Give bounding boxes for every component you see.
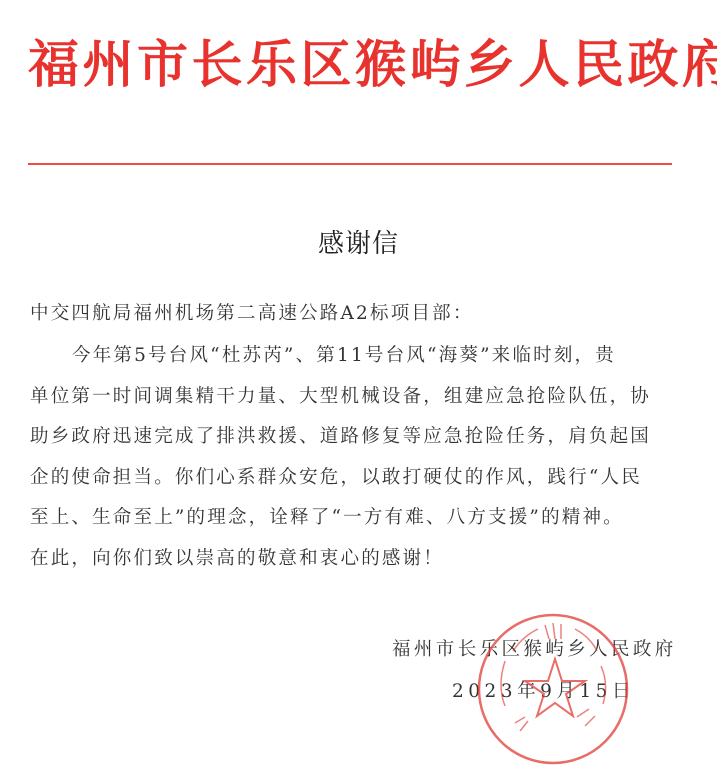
body-line: 至上、生命至上”的理念，诠释了“一方有难、八方支援”的精神。 — [30, 498, 680, 539]
letter-title: 感谢信 — [0, 226, 717, 262]
signature-date: 2023年9月15日 — [452, 678, 635, 706]
signature-org: 福州市长乐区猴屿乡人民政府 — [392, 636, 692, 664]
body-line: 在此，向你们致以崇高的敬意和衷心的感谢！ — [30, 539, 680, 580]
body-line: 今年第5号台风“杜苏芮”、第11号台风“海葵”来临时刻，贵 — [30, 336, 680, 377]
letter-body: 今年第5号台风“杜苏芮”、第11号台风“海葵”来临时刻，贵 单位第一时间调集精干… — [30, 336, 680, 579]
letterhead-divider — [28, 163, 672, 165]
letterhead-title: 福州市长乐区猴屿乡人民政府 — [28, 34, 693, 96]
body-line: 企的使命担当。你们心系群众安危，以敢打硬仗的作风，践行“人民 — [30, 458, 680, 499]
body-line: 助乡政府迅速完成了排洪救援、道路修复等应急抢险任务，肩负起国 — [30, 417, 680, 458]
salutation: 中交四航局福州机场第二高速公路A2标项目部： — [30, 300, 474, 328]
body-line: 单位第一时间调集精干力量、大型机械设备，组建应急抢险队伍，协 — [30, 377, 680, 418]
